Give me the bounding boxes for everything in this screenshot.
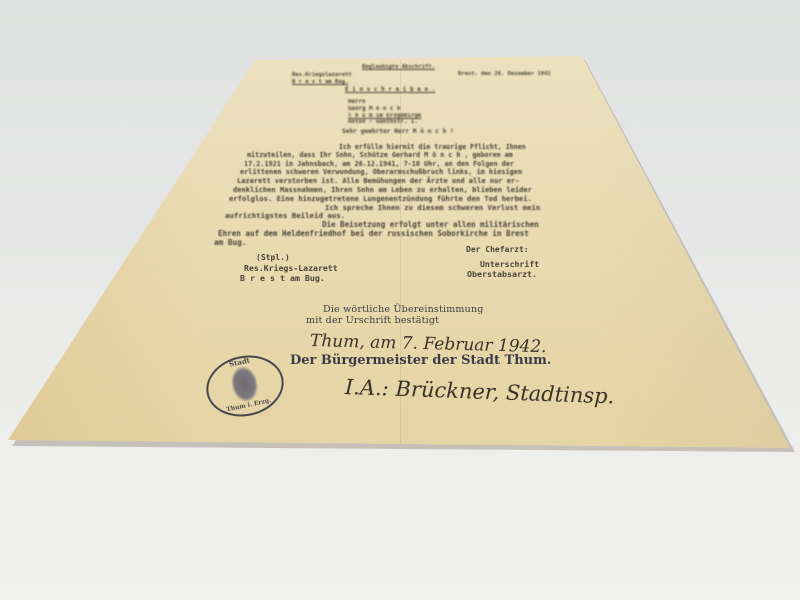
certification-line-1: Die wörtliche Übereinstimmung: [323, 304, 484, 315]
body-line-1: Ich erfülle hiermit die traurige Pflicht…: [339, 143, 526, 151]
certification-line-2: mit der Urschrift bestätigt: [306, 315, 439, 326]
left-signature-line-1: (Stpl.): [256, 253, 290, 262]
body-line-8: Ich spreche Ihnen zu diesem schweren Ver…: [325, 203, 540, 212]
body-line-12: am Bug.: [214, 238, 246, 247]
left-signature-line-2: Res.Kriegs-Lazarett: [244, 263, 338, 273]
right-signature-line-2: Unterschrift: [480, 259, 539, 269]
document-heading: Beglaubigte Abschrift.: [362, 64, 435, 70]
body-line-7: erfolglos. Eine hinzugetretene Lungenent…: [229, 194, 532, 203]
left-signature-line-3: B r e s t am Bug.: [240, 273, 325, 283]
delivery-mark: E i n s c h r e i b e n .: [345, 86, 435, 93]
right-signature-line-1: Der Chefarzt:: [466, 245, 529, 254]
address-line-1: Herrn: [348, 99, 365, 105]
body-line-5: Lazarett verstorben ist. Alle Bemühungen…: [237, 177, 519, 185]
eagle-emblem-icon: [228, 364, 261, 405]
body-line-10: Die Beisetzung erfolgt unter allen milit…: [322, 220, 539, 229]
body-line-9: aufrichtigstes Beileid aus.: [225, 211, 345, 220]
salutation: Sehr geehrter Herr M ö n c h !: [342, 128, 454, 135]
address-line-4: Anton - Günthstr. 1.: [348, 119, 418, 125]
sender-line-1: Res.Kriegslazarett: [292, 72, 352, 78]
place-date: Brest, den 26. Dezember 1941: [458, 71, 551, 77]
address-line-2: Georg M ö n c h: [348, 106, 400, 112]
mayor-authority-line: Der Bürgermeister der Stadt Thum.: [290, 353, 551, 368]
right-signature-line-3: Oberstabsarzt.: [467, 269, 537, 279]
body-line-11: Ehren auf dem Heldenfriedhof bei der rus…: [218, 229, 529, 238]
sender-line-2: B r e s t am Bug.: [292, 79, 348, 85]
body-line-3: 17.2.1921 in Jahnsbach, am 26.12.1941, 7…: [244, 160, 514, 168]
body-line-4: erlittenen schweren Verwundung, Oberarms…: [240, 168, 522, 176]
body-line-2: mitzuteilen, dass Ihr Sohn, Schütze Gerh…: [247, 151, 513, 159]
body-line-6: denklichen Massnahmen, Ihren Sohn am Leb…: [233, 185, 532, 194]
